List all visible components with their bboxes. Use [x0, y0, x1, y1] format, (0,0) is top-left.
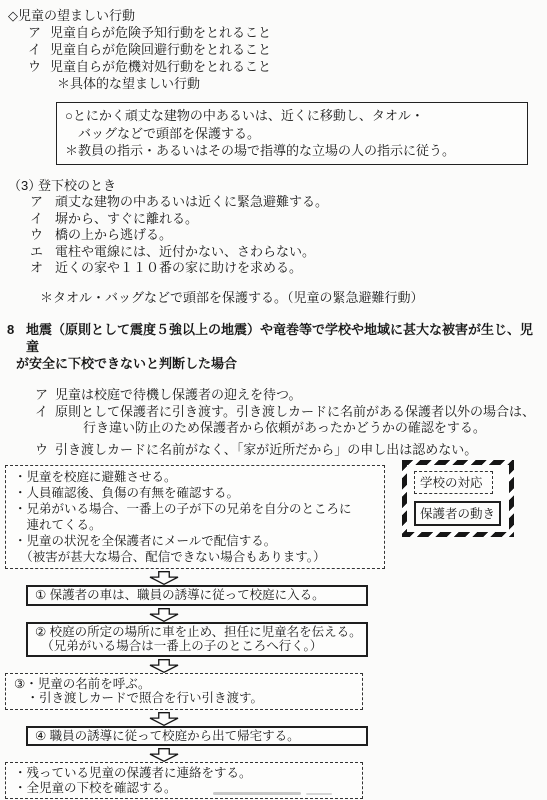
- item-label: イ: [30, 211, 55, 228]
- item-label: オ: [30, 260, 55, 277]
- flow-line: ・全児童の下校を確認する。: [14, 781, 354, 796]
- handover-item: イ 原則として保護者に引き渡す。引き渡しカードに名前がある保護者以外の場合は、: [35, 404, 540, 421]
- section-8-heading: 8 地震（原則として震度５強以上の地震）や竜巻等で学校や地域に甚大な被害が生じ、…: [7, 321, 540, 355]
- flow-line: （被害が甚大な場合、配信できない場合もあります。）: [14, 549, 376, 565]
- commute-item: イ 塀から、すぐに離れる。: [30, 211, 424, 228]
- behavior-item: ア 児童自らが危険予知行動をとれること: [28, 24, 528, 41]
- item-label: エ: [30, 244, 55, 261]
- flow-line: ・児童の状況を全保護者にメールで配信する。: [14, 533, 376, 549]
- handover-item: ア 児童は校庭で待機し保護者の迎えを待つ。: [35, 387, 540, 404]
- flow-line: （兄弟がいる場合は一番上の子のところへ行く。）: [35, 639, 359, 654]
- flow-line: ・兄弟がいる場合、一番上の子が下の兄弟を自分のところに: [14, 501, 376, 517]
- flow-step-guardian-box: ① 保護者の車は、職員の誘導に従って校庭に入る。: [26, 585, 368, 606]
- item-label: イ: [28, 41, 50, 58]
- dismissal-flow: ・児童を校庭に避難させる。 ・人員確認後、負傷の有無を確認する。 ・兄弟がいる場…: [5, 465, 397, 799]
- flow-step-school-box: ・児童を校庭に避難させる。 ・人員確認後、負傷の有無を確認する。 ・兄弟がいる場…: [5, 465, 385, 569]
- down-arrow-icon: [146, 571, 182, 585]
- handover-item: ウ 引き渡しカードに名前がなく、「家が近所だから」の申し出は認めない。: [35, 442, 540, 459]
- down-arrow-icon: [146, 748, 182, 762]
- item-text: 塀から、すぐに離れる。: [55, 211, 198, 228]
- flow-step-school-box: ③・児童の名前を呼ぶ。 ・引き渡しカードで照合を行い引き渡す。: [5, 673, 363, 710]
- flow-line: ・引き渡しカードで照合を行い引き渡す。: [14, 691, 354, 706]
- section-title-text: 登下校のとき: [38, 177, 116, 194]
- down-arrow-icon: [146, 712, 182, 726]
- scanned-document-page: ◇児童の望ましい行動 ア 児童自らが危険予知行動をとれること イ 児童自らが危険…: [0, 0, 547, 800]
- flow-step-guardian-box: ② 校庭の所定の場所に車を止め、担任に児童名を伝える。 （兄弟がいる場合は一番上…: [26, 622, 368, 657]
- commute-item: ア 頑丈な建物の中あるいは近くに緊急避難する。: [30, 194, 424, 211]
- handover-item-cont: 行き違い防止のため保護者から依頼があったかどうかの確認をする。: [83, 420, 540, 437]
- section-number: 8: [7, 321, 26, 355]
- section-title: ◇児童の望ましい行動: [8, 7, 528, 24]
- section-number: （3）: [8, 177, 38, 194]
- legend-guardian-label: 保護者の動き: [414, 501, 501, 526]
- item-text: 児童は校庭で待機し保護者の迎えを待つ。: [55, 387, 301, 404]
- flow-step-guardian-box: ④ 職員の誘導に従って校庭から出て帰宅する。: [26, 726, 368, 747]
- legend-school-label: 学校の対応: [414, 471, 493, 494]
- commute-item: エ 電柱や電線には、近付かない、さわらない。: [30, 244, 424, 261]
- behavior-item: イ 児童自らが危険回避行動をとれること: [28, 41, 528, 58]
- behavior-item: ウ 児童自らが危機対処行動をとれること: [28, 58, 528, 75]
- guidance-line: バッグなどで頭部を保護する。: [65, 125, 519, 143]
- flow-line: 連れてくる。: [14, 517, 376, 533]
- item-text: 電柱や電線には、近付かない、さわらない。: [55, 244, 315, 261]
- item-label: ウ: [30, 227, 55, 244]
- flow-line: ・児童を校庭に避難させる。: [14, 469, 376, 485]
- section-8: 8 地震（原則として震度５強以上の地震）や竜巻等で学校や地域に甚大な被害が生じ、…: [7, 321, 540, 483]
- flow-line: ② 校庭の所定の場所に車を止め、担任に児童名を伝える。: [35, 625, 359, 640]
- flow-line: ・残っている児童の保護者に連絡をする。: [14, 766, 354, 781]
- section-desirable-behaviors: ◇児童の望ましい行動 ア 児童自らが危険予知行動をとれること イ 児童自らが危険…: [8, 7, 528, 165]
- item-text: 児童自らが危険回避行動をとれること: [50, 41, 271, 58]
- section-commute: （3） 登下校のとき ア 頑丈な建物の中あるいは近くに緊急避難する。 イ 塀から…: [8, 177, 424, 306]
- item-label: ア: [35, 387, 55, 404]
- guidance-line: ＊教員の指示・あるいはその場で指導的な立場の人の指示に従う。: [65, 142, 519, 160]
- scan-artifact-line: [213, 792, 301, 795]
- item-label: ア: [30, 194, 55, 211]
- item-text: 頑丈な建物の中あるいは近くに緊急避難する。: [55, 194, 328, 211]
- down-arrow-icon: [146, 608, 182, 622]
- section-title: （3） 登下校のとき: [8, 177, 424, 194]
- commute-note: ＊タオル・バッグなどで頭部を保護する。（児童の緊急避難行動）: [40, 289, 424, 306]
- flow-line: ③・児童の名前を呼ぶ。: [14, 677, 354, 692]
- down-arrow-icon: [146, 659, 182, 673]
- item-label: イ: [35, 404, 55, 421]
- legend-box: 学校の対応 保護者の動き: [402, 460, 514, 537]
- commute-item: ウ 橋の上から逃げる。: [30, 227, 424, 244]
- guidance-line: ○とにかく頑丈な建物の中あるいは、近くに移動し、タオル・: [65, 107, 519, 125]
- item-text: 児童自らが危険予知行動をとれること: [50, 24, 271, 41]
- item-text: 橋の上から逃げる。: [55, 227, 172, 244]
- item-text: 原則として保護者に引き渡す。引き渡しカードに名前がある保護者以外の場合は、: [55, 404, 535, 421]
- section-8-heading-cont: が安全に下校できないと判断した場合: [16, 355, 540, 372]
- item-text: 児童自らが危機対処行動をとれること: [50, 58, 271, 75]
- guidance-box: ○とにかく頑丈な建物の中あるいは、近くに移動し、タオル・ バッグなどで頭部を保護…: [56, 102, 528, 165]
- behaviors-note: ＊具体的な望ましい行動: [57, 75, 528, 92]
- item-text: 引き渡しカードに名前がなく、「家が近所だから」の申し出は認めない。: [55, 442, 477, 459]
- item-label: ア: [28, 24, 50, 41]
- commute-item: オ 近くの家や１１０番の家に助けを求める。: [30, 260, 424, 277]
- item-label: ウ: [35, 442, 55, 459]
- scan-artifact-line: [306, 793, 332, 795]
- item-text: 近くの家や１１０番の家に助けを求める。: [55, 260, 302, 277]
- flow-line: ① 保護者の車は、職員の誘導に従って校庭に入る。: [35, 588, 359, 603]
- heading-text: 地震（原則として震度５強以上の地震）や竜巻等で学校や地域に甚大な被害が生じ、児童: [26, 321, 540, 355]
- flow-line: ④ 職員の誘導に従って校庭から出て帰宅する。: [35, 729, 359, 744]
- item-label: ウ: [28, 58, 50, 75]
- flow-line: ・人員確認後、負傷の有無を確認する。: [14, 485, 376, 501]
